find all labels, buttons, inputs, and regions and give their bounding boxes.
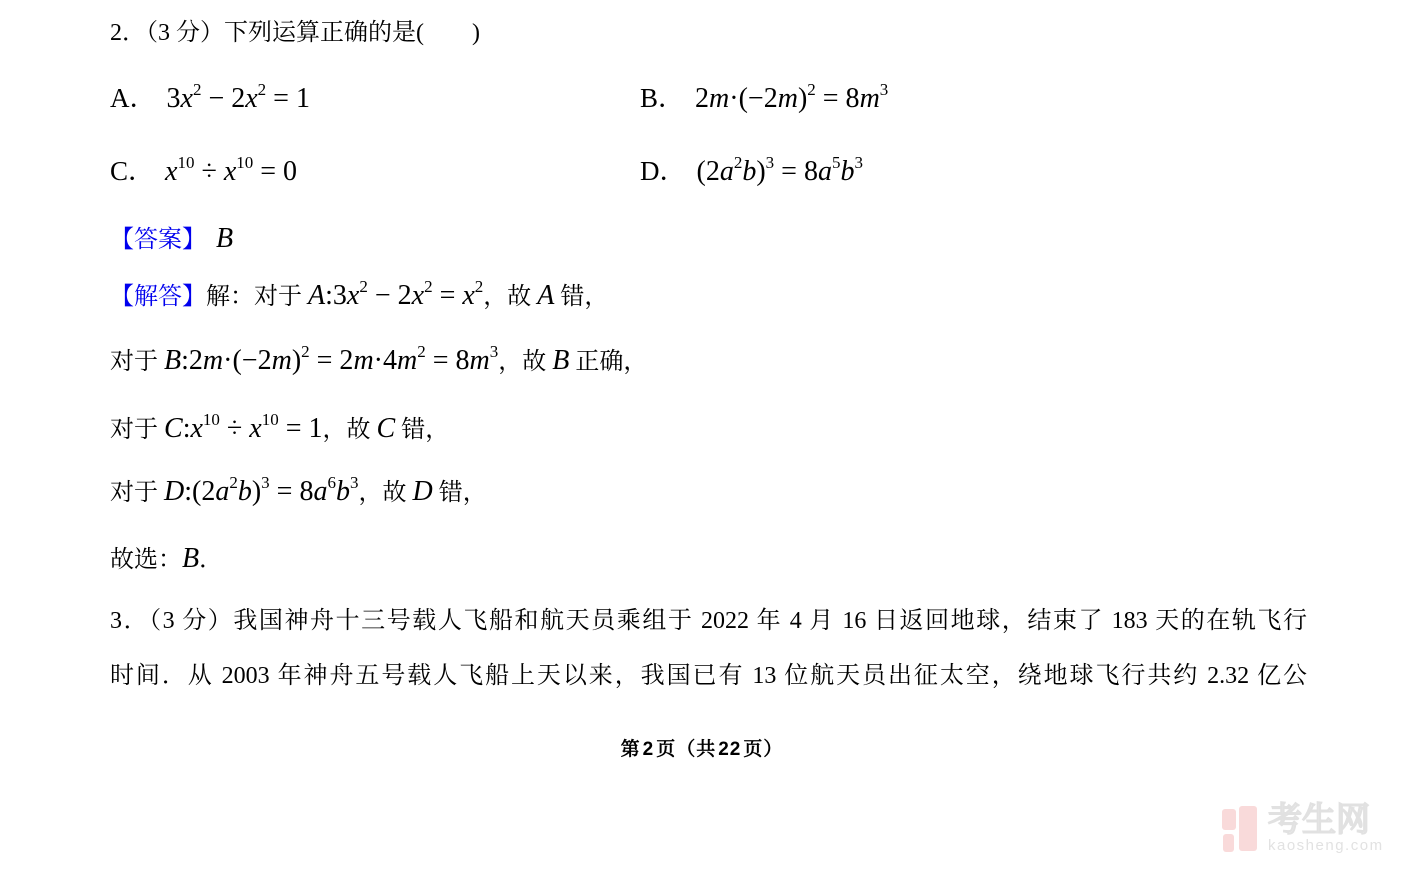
question-2-stem: 2．（3 分）下列运算正确的是( ) <box>110 17 480 49</box>
solution-line-1: 【解答】解：对于 A:3x2 − 2x2 = x2，故 A 错， <box>110 281 608 313</box>
solution-line-1-text: 解：对于 A:3x2 − 2x2 = x2，故 A 错， <box>206 284 608 310</box>
page-footer: 第2页（共22页） <box>0 734 1404 761</box>
option-c: C．x10 ÷ x10 = 0 <box>110 155 297 189</box>
option-b-label: B． <box>640 83 685 113</box>
option-d-label: D． <box>640 156 687 186</box>
option-c-formula: x10 ÷ x10 = 0 <box>165 156 297 187</box>
kaosheng-logo-icon <box>1220 803 1264 855</box>
option-b: B．2m·(−2m)2 = 8m3 <box>640 82 888 116</box>
footer-total-pages: 22 <box>716 739 743 760</box>
option-d-formula: (2a2b)3 = 8a5b3 <box>697 156 863 187</box>
watermark-text: 考生网 kaosheng.com <box>1268 803 1384 854</box>
option-a-label: A． <box>110 83 157 113</box>
watermark: 考生网 kaosheng.com <box>1220 803 1384 855</box>
footer-text: 页（共 <box>656 739 716 760</box>
site-name: 考生网 <box>1268 803 1384 837</box>
site-domain: kaosheng.com <box>1268 838 1384 854</box>
logo-block <box>1222 809 1236 830</box>
solution-label: 【解答】 <box>110 284 206 310</box>
option-a-formula: 3x2 − 2x2 = 1 <box>167 83 310 114</box>
answer-label: 【答案】 <box>110 227 206 253</box>
solution-line-4: 对于 D:(2a2b)3 = 8a6b3，故 D 错， <box>110 477 487 509</box>
answer-line: 【答案】B <box>110 224 233 256</box>
footer-text: 页） <box>743 739 783 760</box>
option-b-formula: 2m·(−2m)2 = 8m3 <box>695 83 888 114</box>
footer-text: 第 <box>621 739 641 760</box>
logo-block <box>1223 834 1234 852</box>
answer-value: B <box>216 223 233 254</box>
solution-line-3: 对于 C:x10 ÷ x10 = 1，故 C 错， <box>110 414 449 446</box>
solution-line-5: 故选：B． <box>110 544 223 576</box>
footer-page-number: 2 <box>641 739 657 760</box>
option-a: A．3x2 − 2x2 = 1 <box>110 82 310 116</box>
solution-line-2: 对于 B:2m·(−2m)2 = 2m·4m2 = 8m3，故 B 正确， <box>110 346 647 378</box>
question-3-line-1: 3．（3 分）我国神舟十三号载人飞船和航天员乘组于 2022 年 4 月 16 … <box>110 605 1307 637</box>
option-c-label: C． <box>110 156 155 186</box>
logo-block <box>1239 806 1257 851</box>
option-d: D．(2a2b)3 = 8a5b3 <box>640 155 863 189</box>
question-3-line-2: 时间．从 2003 年神舟五号载人飞船上天以来，我国已有 13 位航天员出征太空… <box>110 660 1307 692</box>
